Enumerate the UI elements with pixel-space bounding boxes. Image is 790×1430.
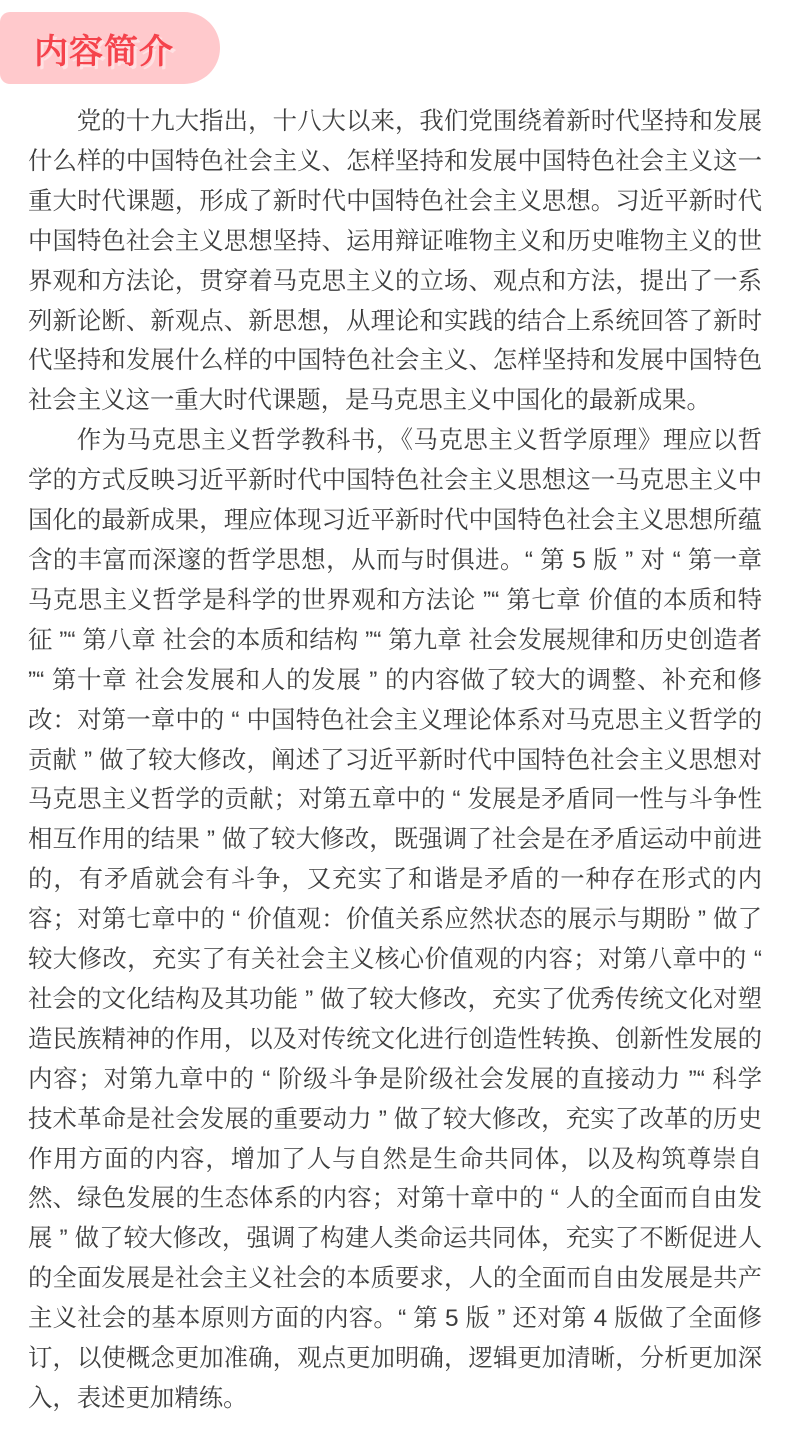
- intro-paragraph-2: 作为马克思主义哲学教科书，《马克思主义哲学原理》理应以哲学的方式反映习近平新时代…: [28, 421, 762, 1419]
- intro-paragraph-1: 党的十九大指出，十八大以来，我们党围绕着新时代坚持和发展什么样的中国特色社会主义…: [28, 102, 762, 421]
- content-intro-badge-label: 内容简介: [34, 24, 174, 73]
- content-intro-section: 党的十九大指出，十八大以来，我们党围绕着新时代坚持和发展什么样的中国特色社会主义…: [0, 102, 790, 1419]
- content-intro-badge: 内容简介: [0, 12, 220, 84]
